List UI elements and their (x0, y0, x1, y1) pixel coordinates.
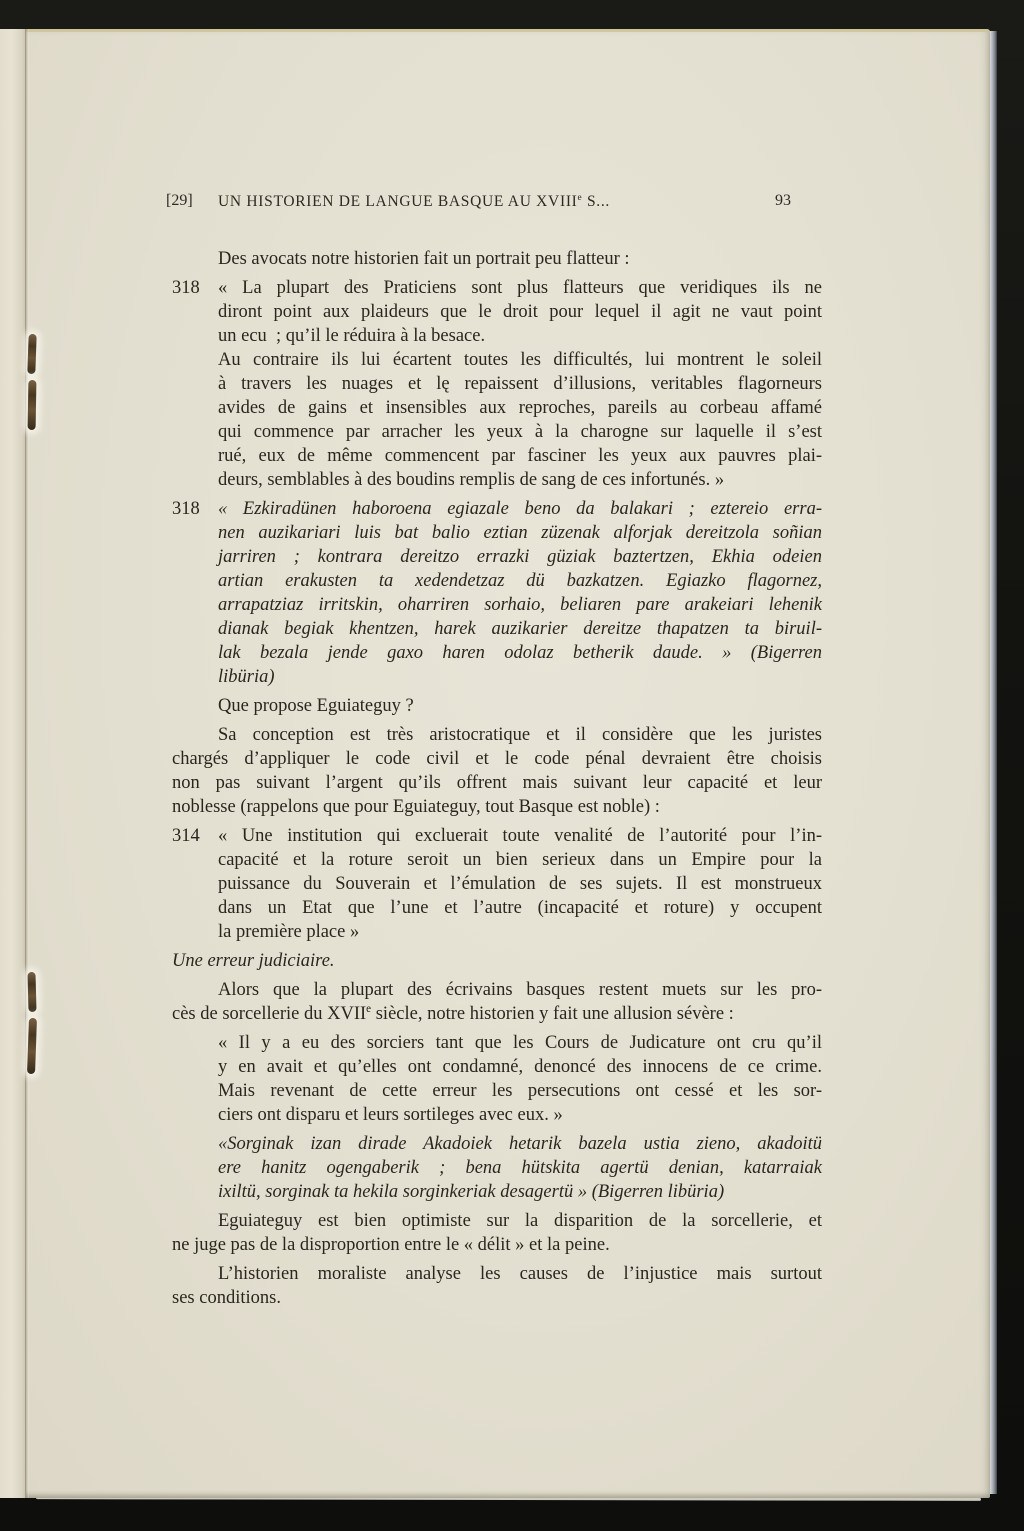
marginal-number: 314 (172, 824, 200, 848)
text-line: à travers les nuages et lę repaissent d’… (218, 372, 822, 396)
gutter-fold (0, 29, 26, 1498)
quote-block: « Il y a eu des sorciers tant que les Co… (218, 1031, 822, 1127)
text-line: lak bezala jende gaxo haren odolaz bethe… (218, 641, 822, 665)
text-line: ne juge pas de la disproportion entre le… (172, 1233, 822, 1257)
text-line: non pas suivant l’argent qu’ils offrent … (172, 771, 822, 795)
text-line: Alors que la plupart des écrivains basqu… (172, 978, 822, 1002)
text-line: avides de gains et insensibles aux repro… (218, 396, 822, 420)
running-title: UN HISTORIEN DE LANGUE BASQUE AU XVIIIe … (218, 193, 610, 211)
text-line: Que propose Eguiateguy ? (172, 694, 822, 718)
text-line: « Il y a eu des sorciers tant que les Co… (218, 1031, 822, 1055)
running-head: [29] UN HISTORIEN DE LANGUE BASQUE AU XV… (0, 192, 990, 216)
text-line: Des avocats notre historien fait un port… (172, 247, 822, 271)
binding-stitch (27, 972, 36, 1012)
text-line: rué, eux de même commencent par fasciner… (218, 444, 822, 468)
text-line: ixiltü, sorginak ta hekila sorginkeriak … (218, 1180, 822, 1204)
binding-crease (25, 29, 29, 1498)
text-line: un ecu ; qu’il le réduira à la besace. (218, 324, 822, 348)
section-heading: Une erreur judiciaire. (172, 949, 822, 973)
text-line: Une erreur judiciaire. (172, 949, 822, 973)
text-line: «Sorginak izan dirade Akadoiek hetarik b… (218, 1132, 822, 1156)
text-line: « La plupart des Praticiens sont plus fl… (218, 276, 822, 300)
text-line: ere hanitz ogengaberik ; bena hütskita a… (218, 1156, 822, 1180)
text-line: noblesse (rappelons que pour Eguiateguy,… (172, 795, 822, 819)
quote-block: «Sorginak izan dirade Akadoiek hetarik b… (218, 1132, 822, 1204)
page-content: Des avocats notre historien fait un port… (172, 247, 822, 1315)
marginal-number: 318 (172, 276, 200, 300)
text-line: « Une institution qui excluerait toute v… (218, 824, 822, 848)
paragraph: Que propose Eguiateguy ? (172, 694, 822, 718)
binding-stitch (27, 1018, 37, 1074)
text-line: cès de sorcellerie du XVIIe siècle, notr… (172, 1002, 822, 1026)
text-line: Sa conception est très aristocratique et… (172, 723, 822, 747)
paragraph: Sa conception est très aristocratique et… (172, 723, 822, 819)
numbered-quote-block: 318« La plupart des Praticiens sont plus… (218, 276, 822, 492)
paragraph: Eguiateguy est bien optimiste sur la dis… (172, 1209, 822, 1257)
text-line: libüria) (218, 665, 822, 689)
binding-stitch (28, 380, 37, 430)
text-line: y en avait et qu’elles ont condamné, den… (218, 1055, 822, 1079)
bracket-section-number: [29] (166, 192, 193, 210)
text-line: Au contraire ils lui écartent toutes les… (218, 348, 822, 372)
page-number: 93 (775, 192, 791, 210)
text-line: chargés d’appliquer le code civil et le … (172, 747, 822, 771)
text-line: jarriren ; kontrara dereitzo errazki güz… (218, 545, 822, 569)
page-stack-edge (989, 31, 997, 1494)
text-line: ciers ont disparu et leurs sortileges av… (218, 1103, 822, 1127)
text-line: puissance du Souverain et l’émulation de… (218, 872, 822, 896)
numbered-quote-block: 318« Ezkiradünen haboroena egiazale beno… (218, 497, 822, 689)
text-line: la première place » (218, 920, 822, 944)
text-line: dans un Etat que l’une et l’autre (incap… (218, 896, 822, 920)
marginal-number: 318 (172, 497, 200, 521)
text-line: arrapatziaz irritskin, oharriren sorhaio… (218, 593, 822, 617)
text-line: capacité et la roture seroit un bien ser… (218, 848, 822, 872)
text-line: Eguiateguy est bien optimiste sur la dis… (172, 1209, 822, 1233)
paragraph: L’historien moraliste analyse les causes… (172, 1262, 822, 1310)
binding-stitch (27, 334, 36, 374)
text-line: deurs, semblables à des boudins remplis … (218, 468, 822, 492)
book-page: [29] UN HISTORIEN DE LANGUE BASQUE AU XV… (0, 29, 990, 1498)
text-line: dianak begiak khentzen, harek auzikarier… (218, 617, 822, 641)
paragraph: Alors que la plupart des écrivains basqu… (172, 978, 822, 1026)
numbered-quote-block: 314« Une institution qui excluerait tout… (218, 824, 822, 944)
text-line: « Ezkiradünen haboroena egiazale beno da… (218, 497, 822, 521)
text-line: qui commence par arracher les yeux à la … (218, 420, 822, 444)
text-line: Mais revenant de cette erreur les persec… (218, 1079, 822, 1103)
text-line: L’historien moraliste analyse les causes… (172, 1262, 822, 1286)
text-line: diront point aux plaideurs que le droit … (218, 300, 822, 324)
text-line: artian erakusten ta xedendetzaz dü bazka… (218, 569, 822, 593)
paragraph: Des avocats notre historien fait un port… (172, 247, 822, 271)
text-line: nen auzikariari luis bat balio eztian zü… (218, 521, 822, 545)
text-line: ses conditions. (172, 1286, 822, 1310)
